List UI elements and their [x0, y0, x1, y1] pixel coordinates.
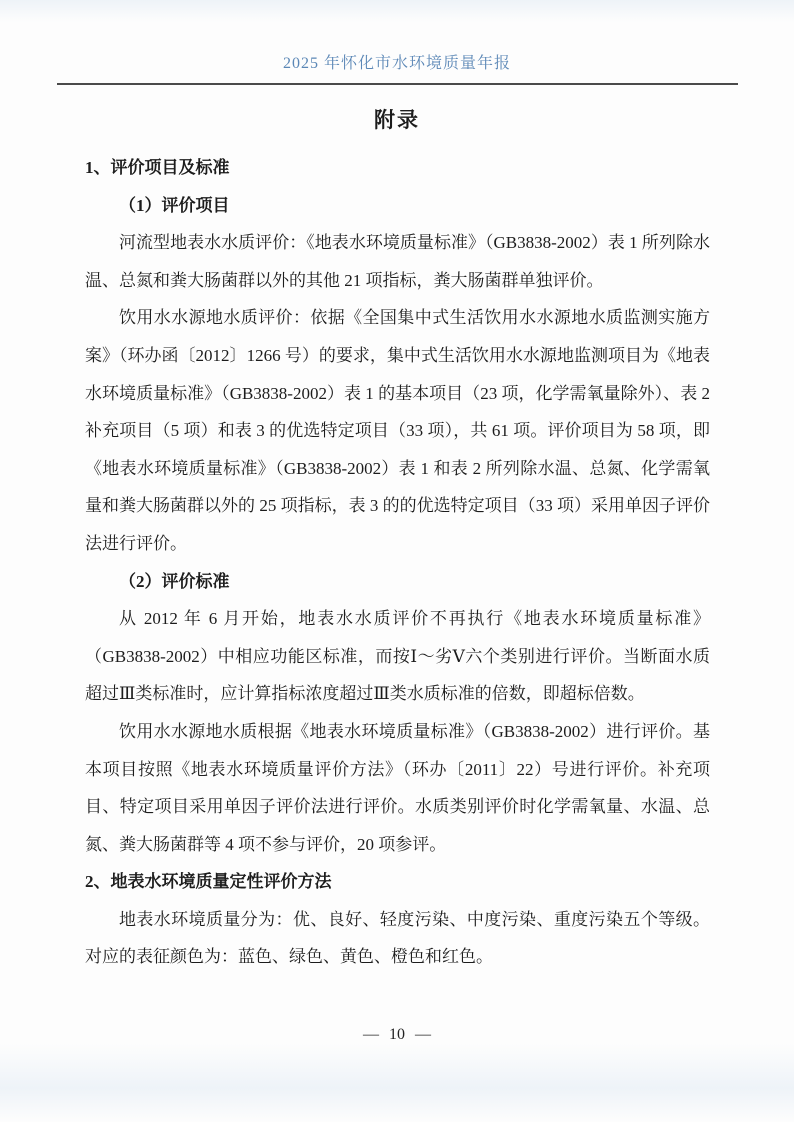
header-rule: [57, 83, 738, 85]
document-page: 2025 年怀化市水环境质量年报 附录 1、评价项目及标准 （1）评价项目 河流…: [0, 0, 794, 1122]
section-1-2-heading: （2）评价标准: [85, 563, 710, 601]
paragraph-drinking-water-items: 饮用水水源地水质评价：依据《全国集中式生活饮用水水源地水质监测实施方案》（环办函…: [85, 299, 710, 562]
paragraph-drinking-water-standard: 饮用水水源地水质根据《地表水环境质量标准》（GB3838-2002）进行评价。基…: [85, 713, 710, 863]
section-2-heading: 2、地表水环境质量定性评价方法: [85, 863, 710, 901]
document-body: 1、评价项目及标准 （1）评价项目 河流型地表水水质评价：《地表水环境质量标准》…: [85, 149, 710, 976]
paragraph-standard-2012: 从 2012 年 6 月开始，地表水水质评价不再执行《地表水环境质量标准》（GB…: [85, 600, 710, 713]
footer-right-dash: —: [415, 1026, 431, 1043]
section-1-heading: 1、评价项目及标准: [85, 149, 710, 187]
running-header-title: 2025 年怀化市水环境质量年报: [0, 0, 794, 75]
footer-left-dash: —: [363, 1026, 379, 1043]
section-1-1-heading: （1）评价项目: [85, 187, 710, 225]
page-footer: —10—: [0, 1026, 794, 1044]
paragraph-quality-grades: 地表水环境质量分为：优、良好、轻度污染、中度污染、重度污染五个等级。对应的表征颜…: [85, 901, 710, 976]
page-number: 10: [389, 1026, 405, 1043]
page-title: 附录: [0, 107, 794, 133]
paragraph-river-evaluation: 河流型地表水水质评价：《地表水环境质量标准》（GB3838-2002）表 1 所…: [85, 224, 710, 299]
